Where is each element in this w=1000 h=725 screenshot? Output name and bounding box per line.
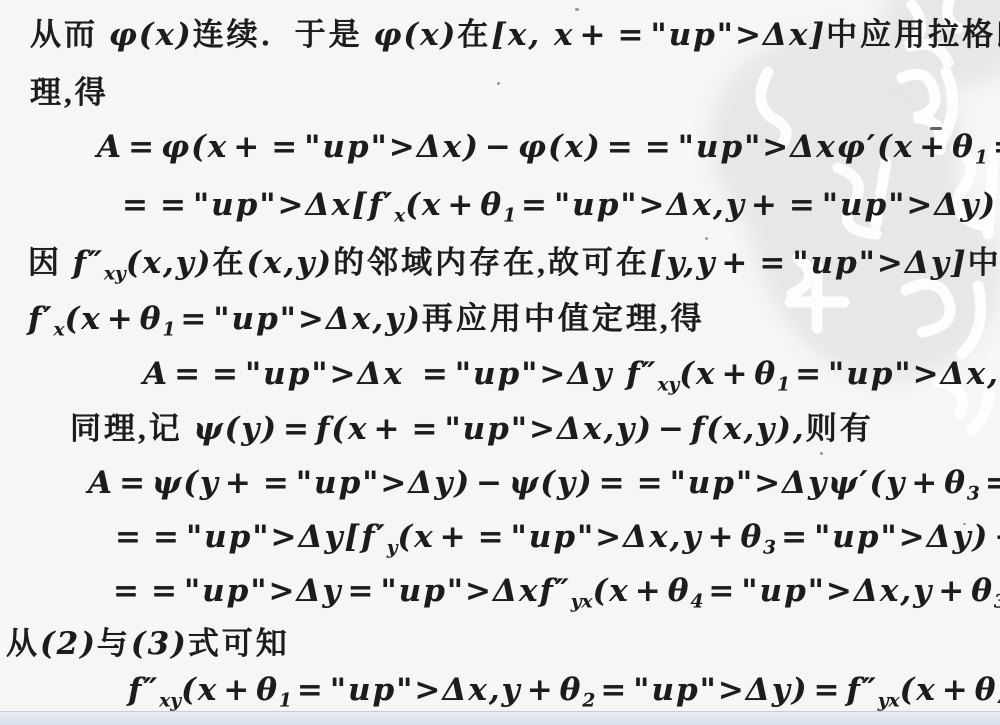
chinese-text: 从而 xyxy=(30,17,109,52)
line-4: =="up">Δx[f′x(x+θ1="up">Δx,y+="up">Δy)−f… xyxy=(0,182,1000,230)
math-expression: f′x(x+θ1="up">Δx,y) xyxy=(28,301,422,337)
math-expression: ψ(y)=f(x+="up">Δx,y)−f(x,y), xyxy=(194,411,806,447)
math-expression: (2) xyxy=(40,626,97,662)
math-expression: φ(x) xyxy=(373,17,457,53)
math-expression: (3) xyxy=(131,626,188,662)
scanned-textbook-page: 从而 φ(x)连续．于是 φ(x)在[x, x+="up">Δx]中应用拉格朗日… xyxy=(0,0,1000,725)
line-11: =="up">Δy="up">Δxf″yx(x+θ4="up">Δx,y+θ3=… xyxy=(0,568,1000,616)
chinese-text: 与 xyxy=(97,626,131,661)
line-9: A=ψ(y+="up">Δy)−ψ(y)=="up">Δyψ′(y+θ3="up… xyxy=(0,460,1000,508)
math-expression: A=ψ(y+="up">Δy)−ψ(y)=="up">Δyψ′(y+θ3="up… xyxy=(88,465,1000,501)
line-5: 因 f″xy(x,y)在(x,y)的邻域内存在,故可在[y,y+="up">Δy… xyxy=(0,240,1000,288)
chinese-text: 因 xyxy=(28,245,73,280)
chinese-text: 在 xyxy=(457,17,491,52)
math-expression: f″xy(x+θ1="up">Δx,y+θ2="up">Δy)=f″yx(x+θ… xyxy=(128,672,1000,708)
math-expression: φ(x) xyxy=(109,17,193,53)
line-8: 同理,记 ψ(y)=f(x+="up">Δx,y)−f(x,y),则有 xyxy=(0,406,1000,454)
chinese-text: 在 xyxy=(212,245,246,280)
math-expression: (x,y) xyxy=(246,245,333,281)
chinese-text: 的邻域内存在,故可在 xyxy=(333,245,650,280)
line-12: 从(2)与(3)式可知 xyxy=(0,621,1000,669)
line-7: A=="up">Δx ="up">Δy f″xy(x+θ1="up">Δx, y… xyxy=(0,351,1000,399)
line-3: A=φ(x+="up">Δx)−φ(x)=="up">Δxφ′(x+θ1="up… xyxy=(0,124,1000,172)
chinese-text: 式可知 xyxy=(188,626,290,661)
chinese-text: 中应用拉格朗日中值定 xyxy=(826,17,1000,52)
line-10: =="up">Δy[f′y(x+="up">Δx,y+θ3="up">Δy)−f… xyxy=(0,514,1000,562)
math-expression: =="up">Δy="up">Δxf″yx(x+θ4="up">Δx,y+θ3=… xyxy=(108,573,1000,609)
chinese-text: 则有 xyxy=(806,411,874,446)
scan-speck xyxy=(575,8,579,11)
chinese-text: 连续．于是 xyxy=(193,17,374,52)
math-expression: f″xy(x,y) xyxy=(73,245,213,281)
line-6: f′x(x+θ1="up">Δx,y)再应用中值定理,得 xyxy=(0,296,1000,344)
math-expression: [y,y+="up">Δy] xyxy=(650,245,968,281)
chinese-text: 再应用中值定理,得 xyxy=(422,301,705,336)
math-expression: =="up">Δx[f′x(x+θ1="up">Δx,y+="up">Δy)−f… xyxy=(117,187,1000,223)
math-expression: A=="up">Δx ="up">Δy f″xy(x+θ1="up">Δx, y… xyxy=(143,356,1000,392)
math-expression: [x, x+="up">Δx] xyxy=(491,17,826,53)
chinese-text: 从 xyxy=(6,626,40,661)
scan-edge-strip xyxy=(0,711,1000,725)
chinese-text: 中对括号内 xyxy=(968,245,1000,280)
line-2: 理,得 xyxy=(0,70,1000,118)
line-1: 从而 φ(x)连续．于是 φ(x)在[x, x+="up">Δx]中应用拉格朗日… xyxy=(0,12,1000,60)
math-expression: =="up">Δy[f′y(x+="up">Δx,y+θ3="up">Δy)−f… xyxy=(110,519,1000,555)
chinese-text: 同理,记 xyxy=(70,411,194,446)
math-expression: A=φ(x+="up">Δx)−φ(x)=="up">Δxφ′(x+θ1="up… xyxy=(97,129,1000,165)
chinese-text: 理,得 xyxy=(30,75,109,110)
line-13: f″xy(x+θ1="up">Δx,y+θ2="up">Δy)=f″yx(x+θ… xyxy=(0,667,1000,715)
